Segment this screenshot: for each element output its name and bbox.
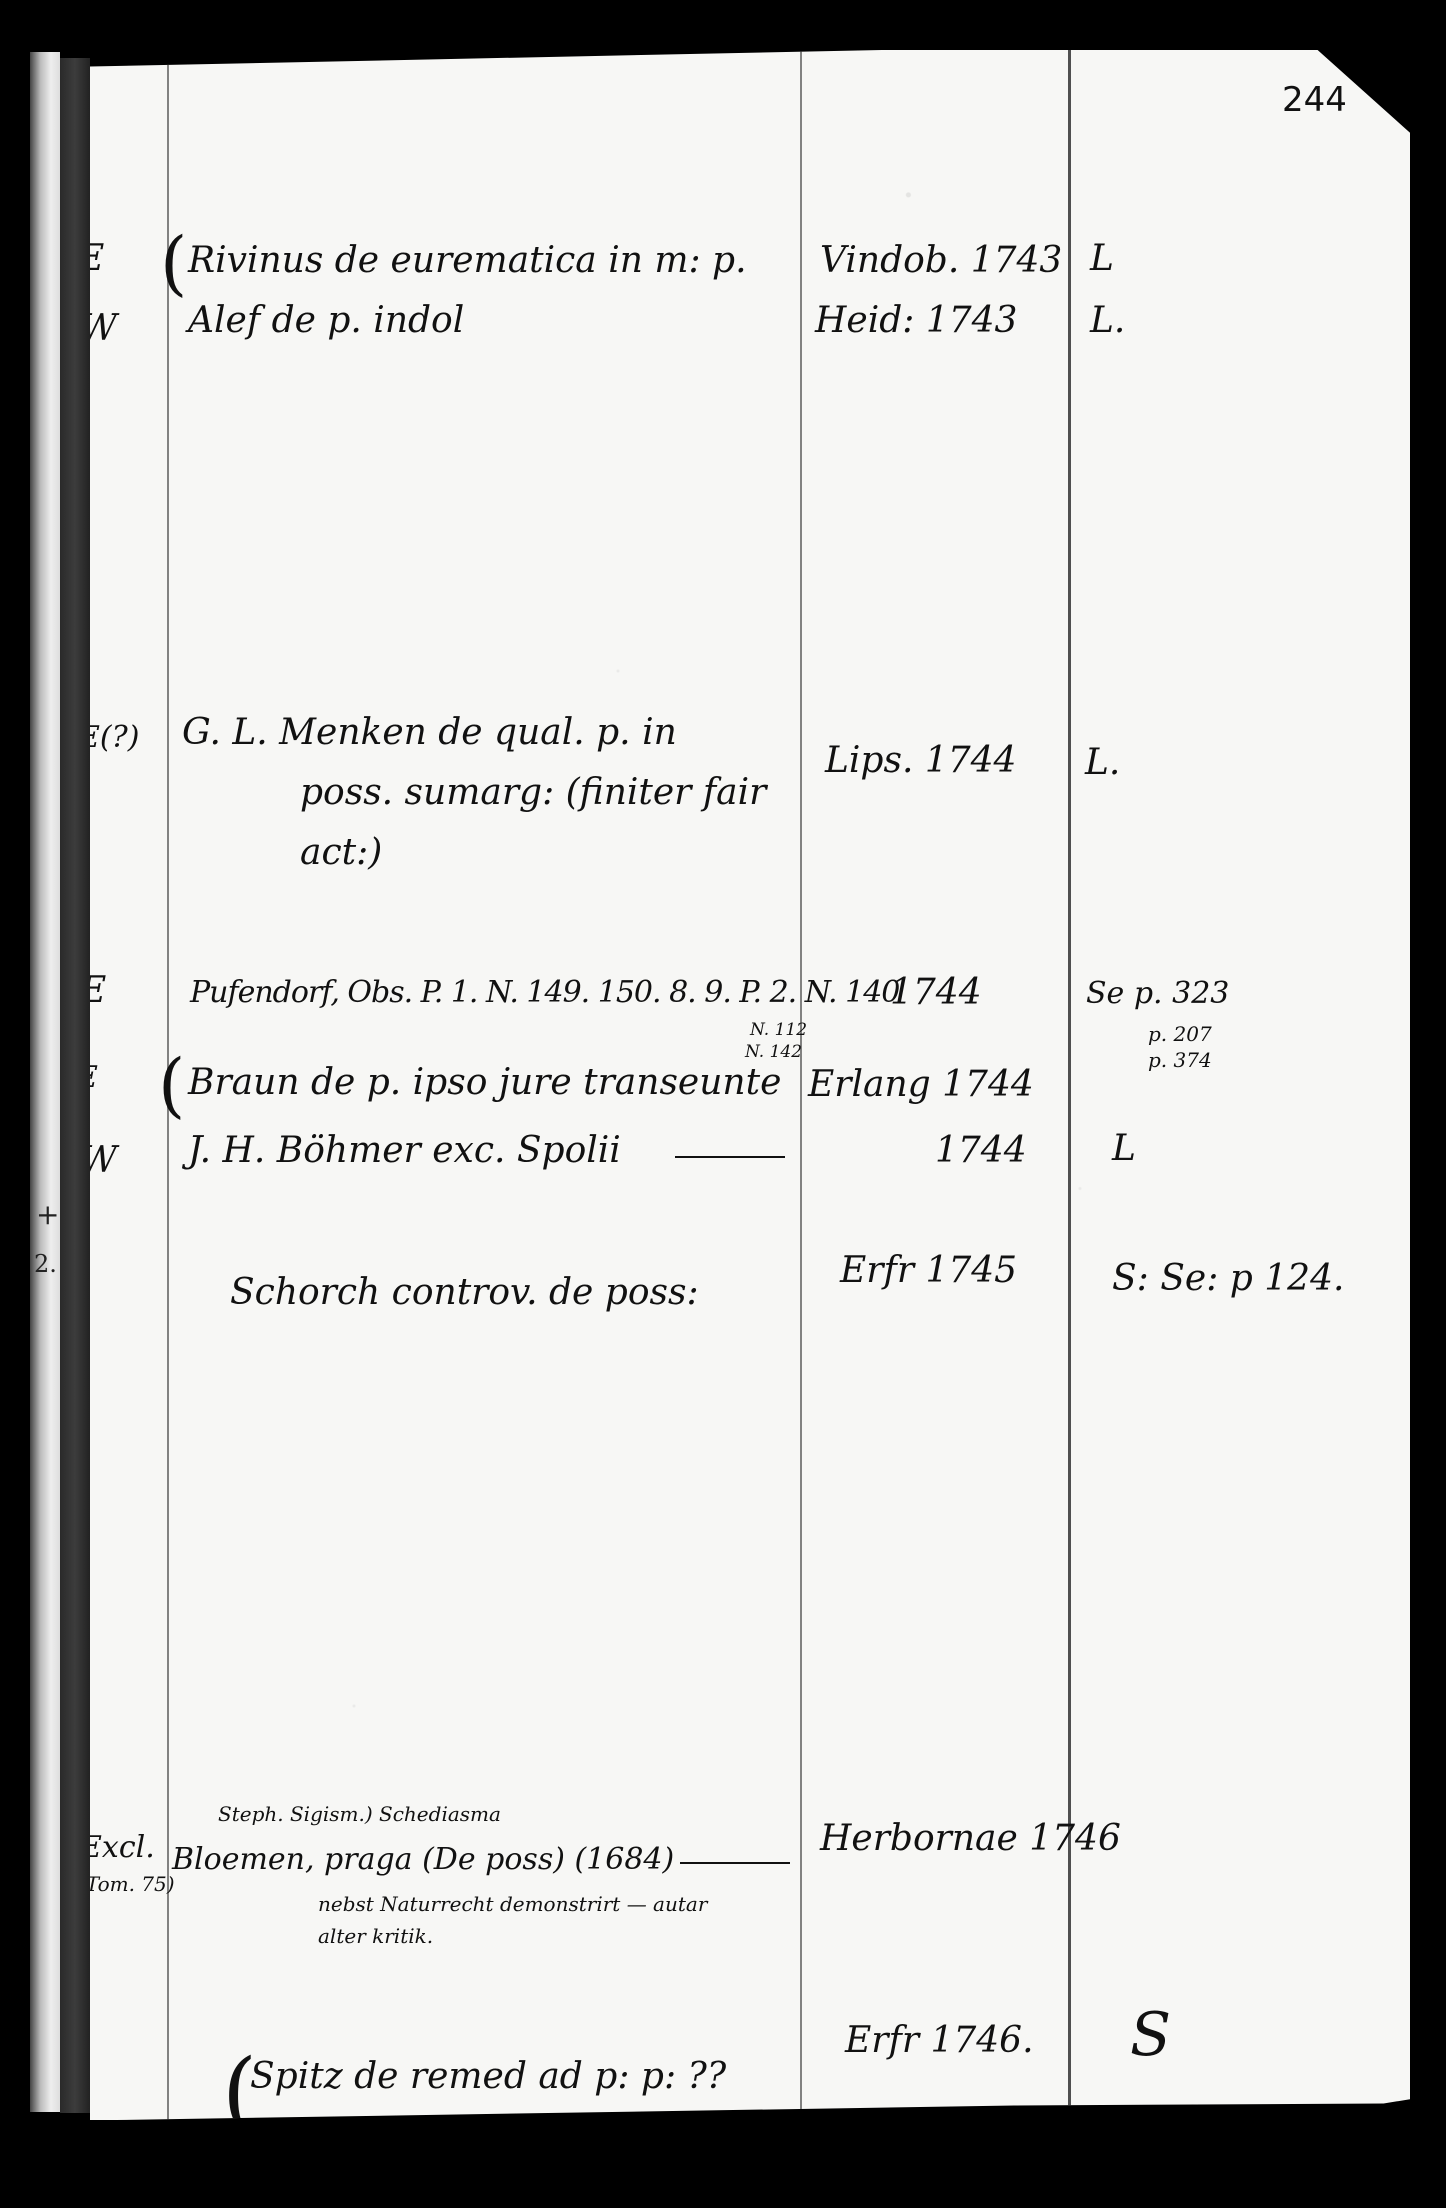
- entry-reference: S: [1130, 2000, 1171, 2070]
- entry-place-year: Lips. 1744: [825, 740, 1016, 781]
- entry-title-line: Bloemen, praga (De poss) (1684): [172, 1842, 674, 1877]
- entry-siglum-line: Excl.: [80, 1830, 155, 1865]
- entry-place-year: 1744: [935, 1130, 1027, 1171]
- entry-place-year: Vindob. 1743: [820, 240, 1062, 281]
- entry-place-year: 1744: [890, 972, 982, 1013]
- entry-place-year: Erfr 1746.: [845, 2020, 1034, 2061]
- entry-place-year: Erlang 1744: [808, 1064, 1034, 1105]
- margin-mark: 2.: [34, 1250, 57, 1278]
- entry-reference-line: p. 207: [1148, 1022, 1212, 1046]
- entry-reference-line: Se p. 323: [1086, 976, 1229, 1011]
- ditto-dash: [680, 1862, 790, 1864]
- bracket-mark: (: [158, 1050, 185, 1120]
- entry-title: Spitz de remed ad p: p: ??: [250, 2056, 726, 2097]
- entry-title: Schorch controv. de poss:: [230, 1272, 699, 1313]
- entry-siglum-line: (Tom. 75): [78, 1872, 175, 1896]
- entry-title: Rivinus de eurematica in m: p.: [188, 240, 747, 281]
- entry-title-superscript: N. 112: [750, 1020, 807, 1040]
- binding-edge: [30, 52, 60, 2112]
- entry-reference: L.: [1085, 742, 1120, 783]
- margin-mark: +: [36, 1198, 59, 1231]
- entry-title-line: poss. sumarg: (finiter fair: [300, 772, 766, 813]
- manuscript-page: 244 E ( Rivinus de eurematica in m: p. V…: [90, 50, 1410, 2120]
- entry-title-line: G. L. Menken de qual. p. in: [182, 712, 677, 753]
- entry-title-superscript: N. 142: [745, 1042, 802, 1062]
- entry-title: J. H. Böhmer exc. Spolii: [188, 1130, 621, 1171]
- entry-reference-line: p. 374: [1148, 1048, 1212, 1072]
- column-rule-title: [800, 50, 802, 2120]
- entry-title-line: nebst Naturrecht demonstrirt — autar: [318, 1892, 707, 1916]
- entry-reference: L.: [1090, 300, 1125, 341]
- entry-place-year: Herbornae 1746: [820, 1818, 1121, 1859]
- ditto-dash: [675, 1156, 785, 1158]
- column-rule-place: [1068, 50, 1071, 2120]
- bracket-mark: (: [160, 228, 187, 298]
- binding-gutter: [60, 58, 90, 2113]
- entry-place-year: Heid: 1743: [815, 300, 1017, 341]
- entry-title-line: act:): [300, 832, 382, 873]
- entry-title-line: Steph. Sigism.) Schediasma: [218, 1802, 501, 1826]
- entry-reference: L: [1112, 1128, 1136, 1169]
- entry-title-line: alter kritik.: [318, 1924, 433, 1948]
- entry-place-year: Erfr 1745: [840, 1250, 1017, 1291]
- page-number: 244: [1282, 80, 1347, 120]
- entry-title: Alef de p. indol: [188, 300, 464, 341]
- entry-title: Braun de p. ipso jure transeunte: [188, 1062, 781, 1103]
- entry-title: Pufendorf, Obs. P. 1. N. 149. 150. 8. 9.…: [190, 975, 899, 1010]
- entry-reference: L: [1090, 238, 1114, 279]
- scan-background: + 2. 244 E ( Rivinus de eurematica in m:…: [0, 0, 1446, 2208]
- entry-reference: S: Se: p 124.: [1112, 1258, 1344, 1299]
